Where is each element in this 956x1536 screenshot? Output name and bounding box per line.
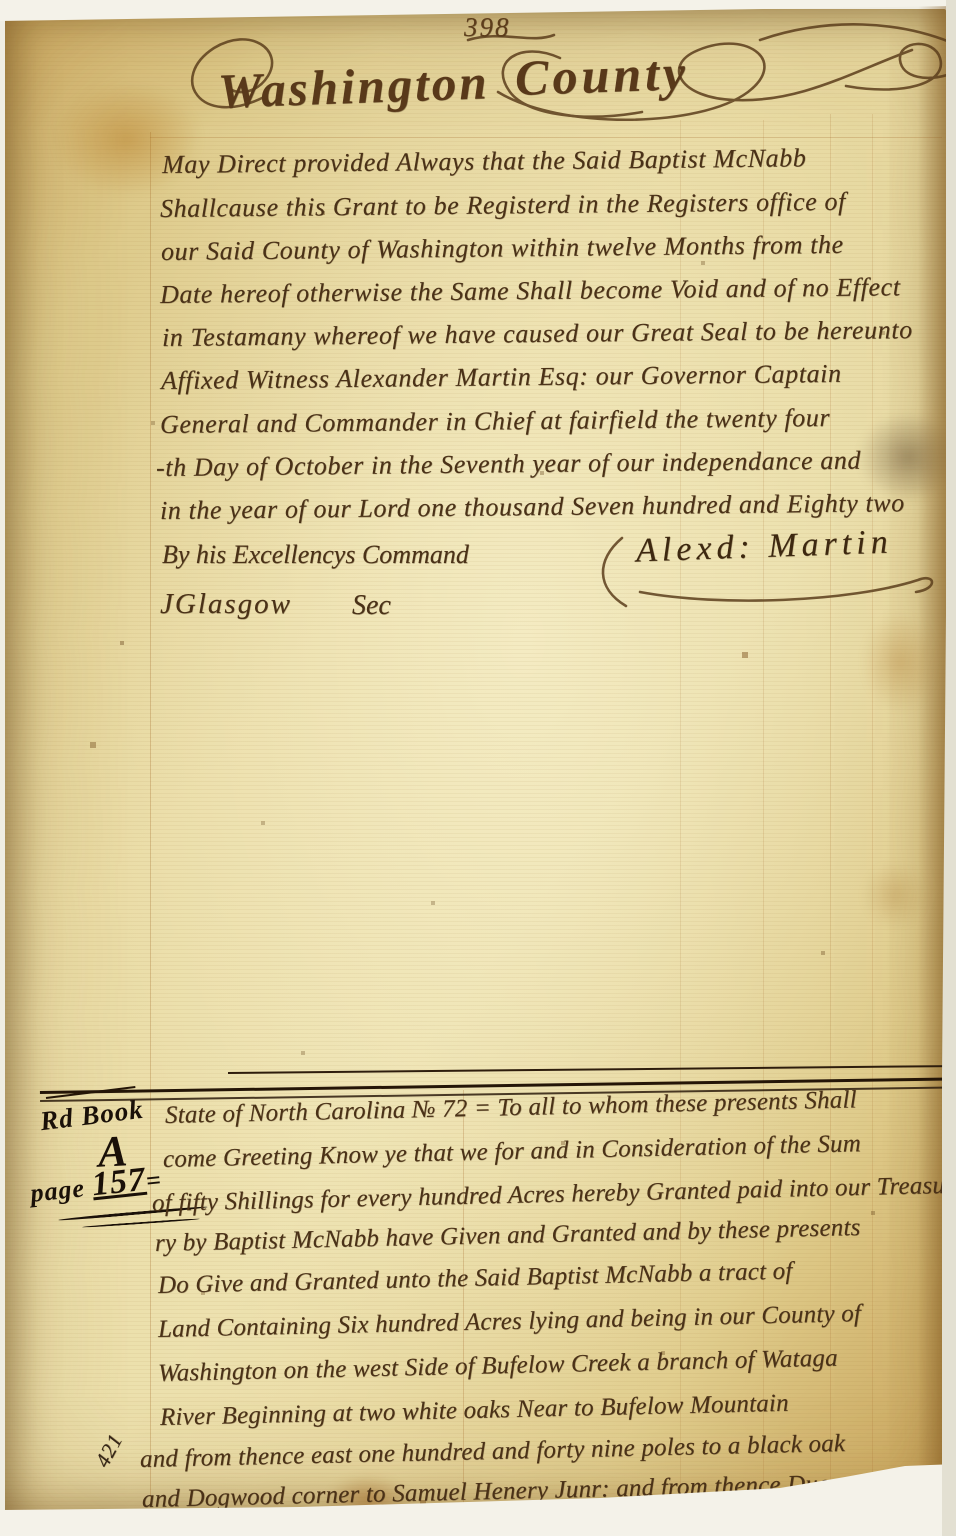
ledger-vrule: [150, 132, 151, 1500]
header-county: County: [514, 43, 690, 107]
header-washington: Washington: [217, 53, 490, 119]
manuscript-scan: 398 Washington County May Direct provide…: [0, 0, 956, 1536]
secretary-title: Sec: [352, 590, 391, 622]
margin-page-word: page: [29, 1172, 94, 1207]
secretary-signature: JGlasgow: [160, 588, 292, 621]
byline: By his Excellencys Command: [162, 540, 469, 570]
folio-number: 398: [464, 12, 511, 43]
ledger-hrule: [150, 137, 942, 138]
margin-page-number: 157: [90, 1161, 148, 1203]
